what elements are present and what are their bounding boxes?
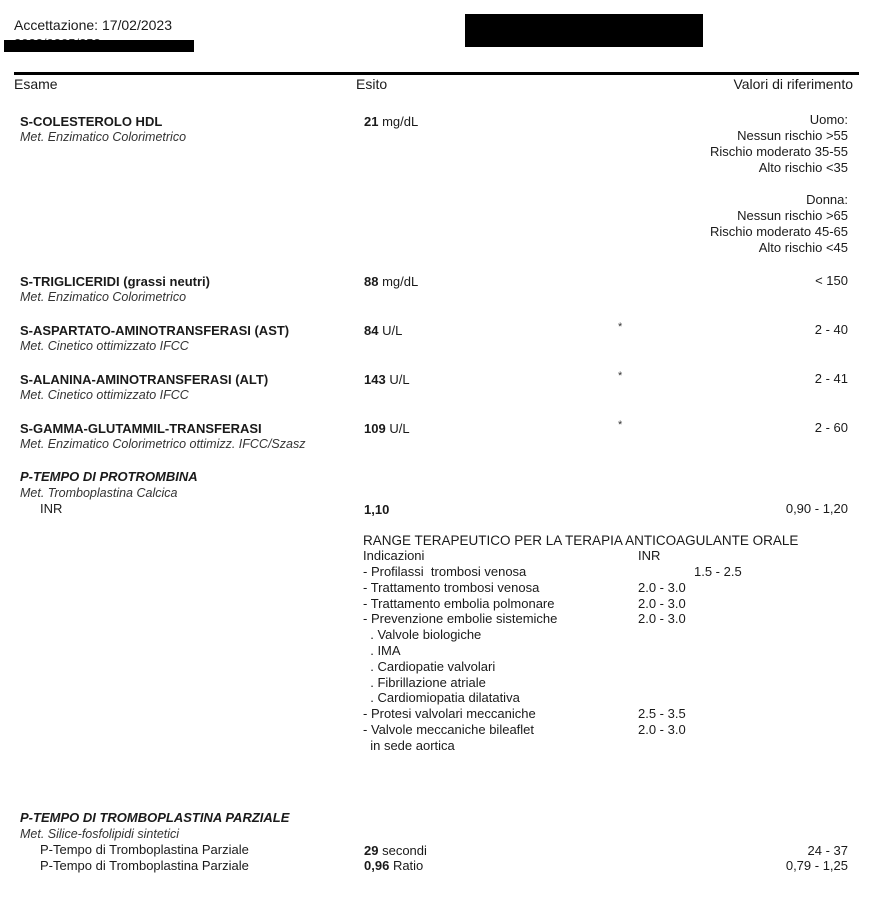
test-method: Met. Cinetico ottimizzato IFCC	[20, 388, 189, 402]
sub-test-value: 1,10	[364, 502, 389, 517]
abnormal-flag: *	[618, 370, 622, 382]
test-result: 143 U/L	[364, 372, 410, 387]
redacted-request-id	[4, 40, 194, 52]
therapy-inr-range: 2.0 - 3.0	[638, 596, 686, 612]
therapy-indication: . Fibrillazione atriale	[363, 675, 486, 691]
therapy-inr-range: 2.0 - 3.0	[638, 722, 686, 738]
test-method: Met. Enzimatico Colorimetrico ottimizz. …	[20, 437, 305, 451]
group-method: Met. Silice-fosfolipidi sintetici	[20, 827, 179, 841]
sub-test-result: 29 secondi	[364, 843, 427, 858]
therapy-indication: in sede aortica	[363, 738, 455, 754]
sub-test-reference: 0,79 - 1,25	[786, 858, 848, 873]
column-header-result: Esito	[356, 76, 387, 92]
therapy-indication: - Protesi valvolari meccaniche	[363, 706, 536, 722]
therapy-indication: . Cardiopatie valvolari	[363, 659, 495, 675]
test-result: 21 mg/dL	[364, 114, 418, 129]
therapy-inr-range: 2.0 - 3.0	[638, 611, 686, 627]
test-name: S-GAMMA-GLUTAMMIL-TRANSFERASI	[20, 421, 262, 436]
therapy-inr-range: 2.0 - 3.0	[638, 580, 686, 596]
header-rule	[14, 72, 859, 75]
sub-test-label: P-Tempo di Tromboplastina Parziale	[40, 842, 249, 857]
therapy-indication: - Trattamento embolia polmonare	[363, 596, 554, 612]
therapy-title: RANGE TERAPEUTICO PER LA TERAPIA ANTICOA…	[363, 533, 798, 549]
test-method: Met. Cinetico ottimizzato IFCC	[20, 339, 189, 353]
therapy-indication: . Cardiomiopatia dilatativa	[363, 690, 520, 706]
test-reference-block: Uomo: Nessun rischio >55 Rischio moderat…	[710, 112, 848, 256]
therapy-indication: - Prevenzione embolie sistemiche	[363, 611, 557, 627]
therapy-inr-range: 1.5 - 2.5	[694, 564, 742, 580]
sub-test-label: P-Tempo di Tromboplastina Parziale	[40, 858, 249, 873]
test-name: S-TRIGLICERIDI (grassi neutri)	[20, 274, 210, 289]
test-result: 88 mg/dL	[364, 274, 418, 289]
test-method: Met. Enzimatico Colorimetrico	[20, 130, 186, 144]
test-reference: 2 - 60	[815, 420, 848, 435]
sub-test-result: 0,96 Ratio	[364, 858, 423, 873]
therapy-indication: - Trattamento trombosi venosa	[363, 580, 539, 596]
group-name: P-TEMPO DI TROMBOPLASTINA PARZIALE	[20, 810, 289, 825]
test-reference: < 150	[815, 273, 848, 288]
test-name: S-ALANINA-AMINOTRANSFERASI (ALT)	[20, 372, 268, 387]
group-name: P-TEMPO DI PROTROMBINA	[20, 469, 198, 484]
abnormal-flag: *	[618, 321, 622, 333]
test-method: Met. Enzimatico Colorimetrico	[20, 290, 186, 304]
test-reference: 2 - 41	[815, 371, 848, 386]
column-header-exam: Esame	[14, 76, 58, 92]
column-header-reference: Valori di riferimento	[733, 76, 853, 92]
test-result: 84 U/L	[364, 323, 402, 338]
therapy-indication: . Valvole biologiche	[363, 627, 481, 643]
therapy-header-inr: INR	[638, 548, 660, 564]
sub-test-label: INR	[40, 501, 62, 516]
test-result: 109 U/L	[364, 421, 410, 436]
test-name: S-ASPARTATO-AMINOTRANSFERASI (AST)	[20, 323, 289, 338]
redacted-patient-name	[465, 14, 703, 47]
therapy-inr-range: 2.5 - 3.5	[638, 706, 686, 722]
sub-test-reference: 0,90 - 1,20	[786, 501, 848, 516]
group-method: Met. Tromboplastina Calcica	[20, 486, 177, 500]
therapy-header-indication: Indicazioni	[363, 548, 424, 564]
therapy-indication: - Valvole meccaniche bileaflet	[363, 722, 534, 738]
test-name: S-COLESTEROLO HDL	[20, 114, 162, 129]
therapy-indication: . IMA	[363, 643, 401, 659]
sub-test-reference: 24 - 37	[808, 843, 848, 858]
abnormal-flag: *	[618, 419, 622, 431]
acceptance-date: Accettazione: 17/02/2023	[14, 17, 172, 33]
test-reference: 2 - 40	[815, 322, 848, 337]
therapy-indication: - Profilassi trombosi venosa	[363, 564, 526, 580]
